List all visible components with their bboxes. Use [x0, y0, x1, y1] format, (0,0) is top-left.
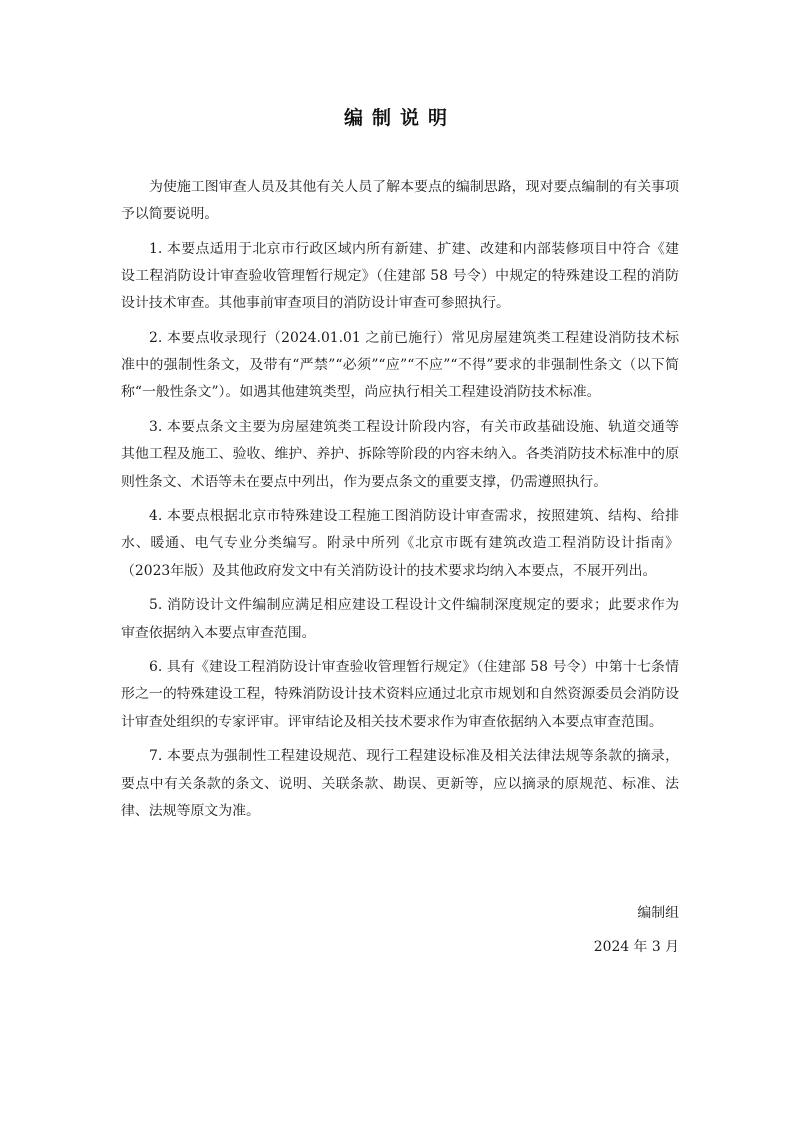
document-page: 编制说明 为使施工图审查人员及其他有关人员了解本要点的编制思路，现对要点编制的有…	[0, 0, 800, 1132]
signature-date: 2024 年 3 月	[594, 930, 679, 964]
paragraph-item-2: 2. 本要点收录现行（2024.01.01 之前已施行）常见房屋建筑类工程建设消…	[121, 325, 679, 407]
paragraph-item-4: 4. 本要点根据北京市特殊建设工程施工图消防设计审查需求，按照建筑、结构、给排水…	[121, 503, 679, 585]
paragraph-item-7: 7. 本要点为强制性工程建设规范、现行工程建设标准及相关法律法规等条款的摘录，要…	[121, 743, 679, 825]
document-body: 为使施工图审查人员及其他有关人员了解本要点的编制思路，现对要点编制的有关事项予以…	[121, 174, 679, 825]
paragraph-item-1: 1. 本要点适用于北京市行政区域内所有新建、扩建、改建和内部装修项目中符合《建设…	[121, 236, 679, 318]
paragraph-item-5: 5. 消防设计文件编制应满足相应建设工程设计文件编制深度规定的要求；此要求作为审…	[121, 592, 679, 646]
signature-organization: 编制组	[594, 896, 679, 930]
intro-paragraph: 为使施工图审查人员及其他有关人员了解本要点的编制思路，现对要点编制的有关事项予以…	[121, 174, 679, 228]
paragraph-item-3: 3. 本要点条文主要为房屋建筑类工程设计阶段内容，有关市政基础设施、轨道交通等其…	[121, 414, 679, 496]
paragraph-item-6: 6. 具有《建设工程消防设计审查验收管理暂行规定》（住建部 58 号令）中第十七…	[121, 654, 679, 736]
signature-block: 编制组 2024 年 3 月	[594, 896, 679, 964]
page-title: 编制说明	[0, 104, 800, 132]
